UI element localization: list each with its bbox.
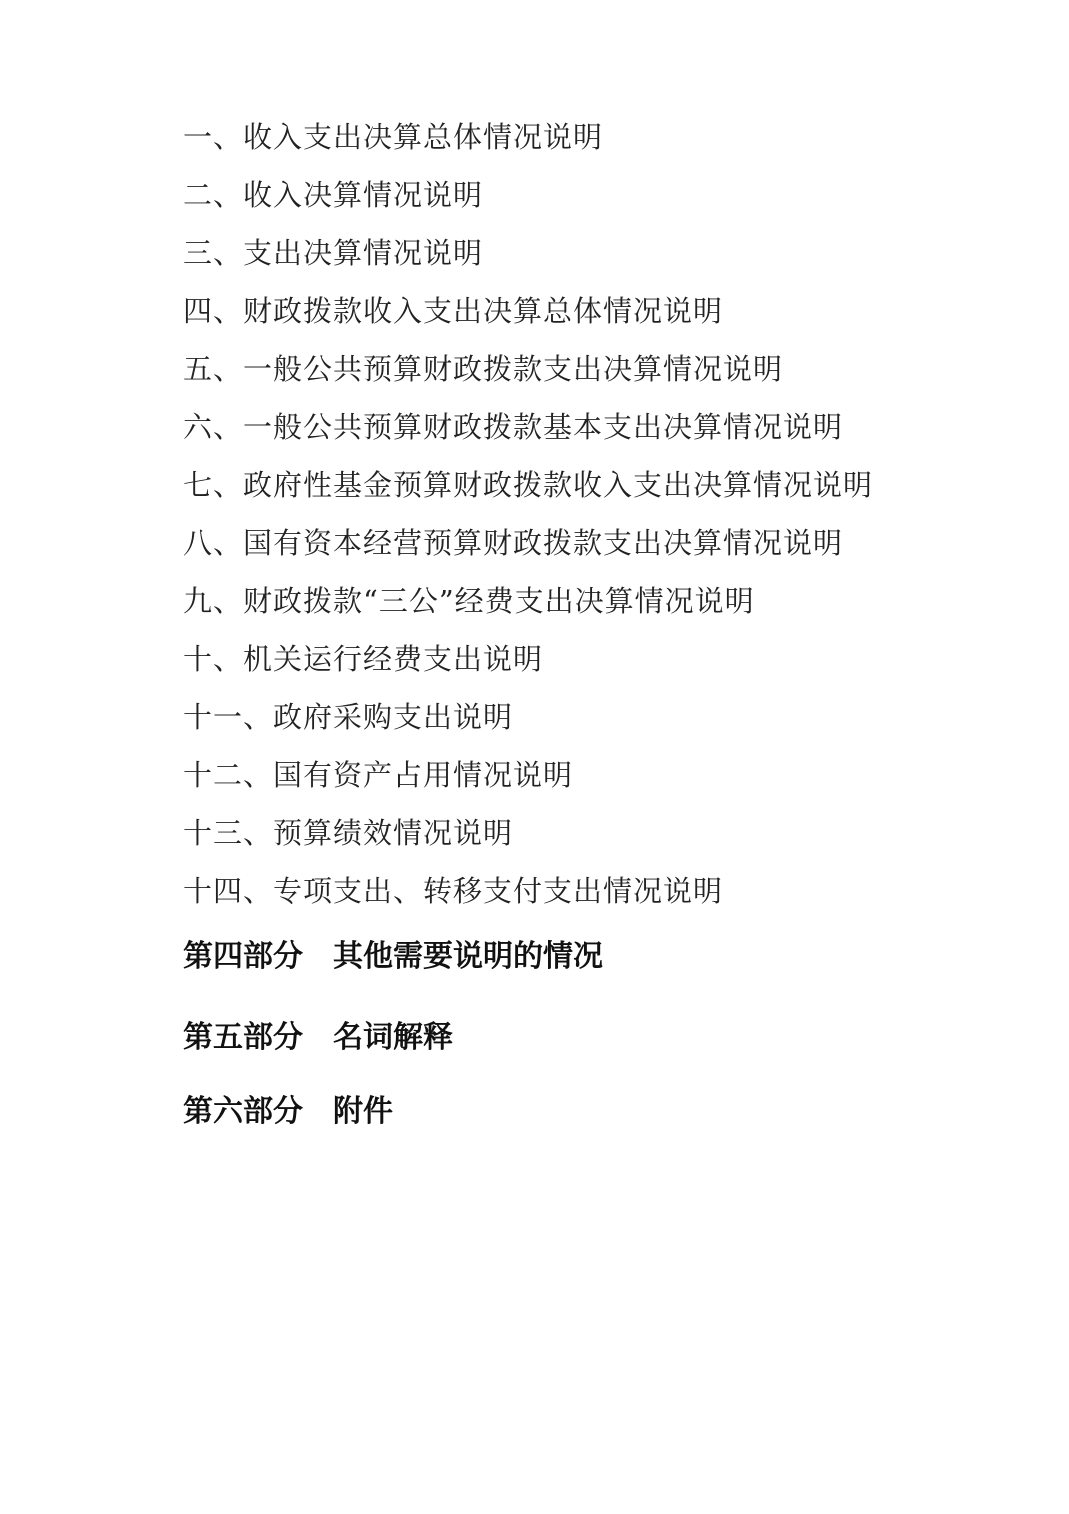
section-number: 第四部分 [183, 939, 303, 974]
toc-item-4: 四、财政拨款收入支出决算总体情况说明 [183, 282, 1009, 340]
toc-item-3: 三、支出决算情况说明 [183, 224, 1009, 282]
toc-item-7: 七、政府性基金预算财政拨款收入支出决算情况说明 [183, 456, 1009, 514]
document-page: 一、收入支出决算总体情况说明 二、收入决算情况说明 三、支出决算情况说明 四、财… [0, 0, 1069, 1514]
section-heading-part5: 第五部分名词解释 [183, 1009, 1009, 1067]
section-title: 附件 [333, 1094, 393, 1129]
toc-item-1: 一、收入支出决算总体情况说明 [183, 108, 1009, 166]
section-title: 名词解释 [333, 1020, 453, 1055]
section-number: 第五部分 [183, 1020, 303, 1055]
toc-item-13: 十三、预算绩效情况说明 [183, 804, 1009, 862]
section-number: 第六部分 [183, 1094, 303, 1129]
toc-list: 一、收入支出决算总体情况说明 二、收入决算情况说明 三、支出决算情况说明 四、财… [183, 108, 1009, 920]
toc-item-11: 十一、政府采购支出说明 [183, 688, 1009, 746]
toc-item-5: 五、一般公共预算财政拨款支出决算情况说明 [183, 340, 1009, 398]
toc-item-2: 二、收入决算情况说明 [183, 166, 1009, 224]
toc-item-8: 八、国有资本经营预算财政拨款支出决算情况说明 [183, 514, 1009, 572]
section-title: 其他需要说明的情况 [333, 939, 603, 974]
section-heading-part4: 第四部分其他需要说明的情况 [183, 928, 1009, 986]
toc-item-9: 九、财政拨款“三公”经费支出决算情况说明 [183, 572, 1009, 630]
section-heading-part6: 第六部分附件 [183, 1083, 1009, 1141]
toc-item-10: 十、机关运行经费支出说明 [183, 630, 1009, 688]
toc-item-6: 六、一般公共预算财政拨款基本支出决算情况说明 [183, 398, 1009, 456]
toc-item-12: 十二、国有资产占用情况说明 [183, 746, 1009, 804]
toc-item-14: 十四、专项支出、转移支付支出情况说明 [183, 862, 1009, 920]
